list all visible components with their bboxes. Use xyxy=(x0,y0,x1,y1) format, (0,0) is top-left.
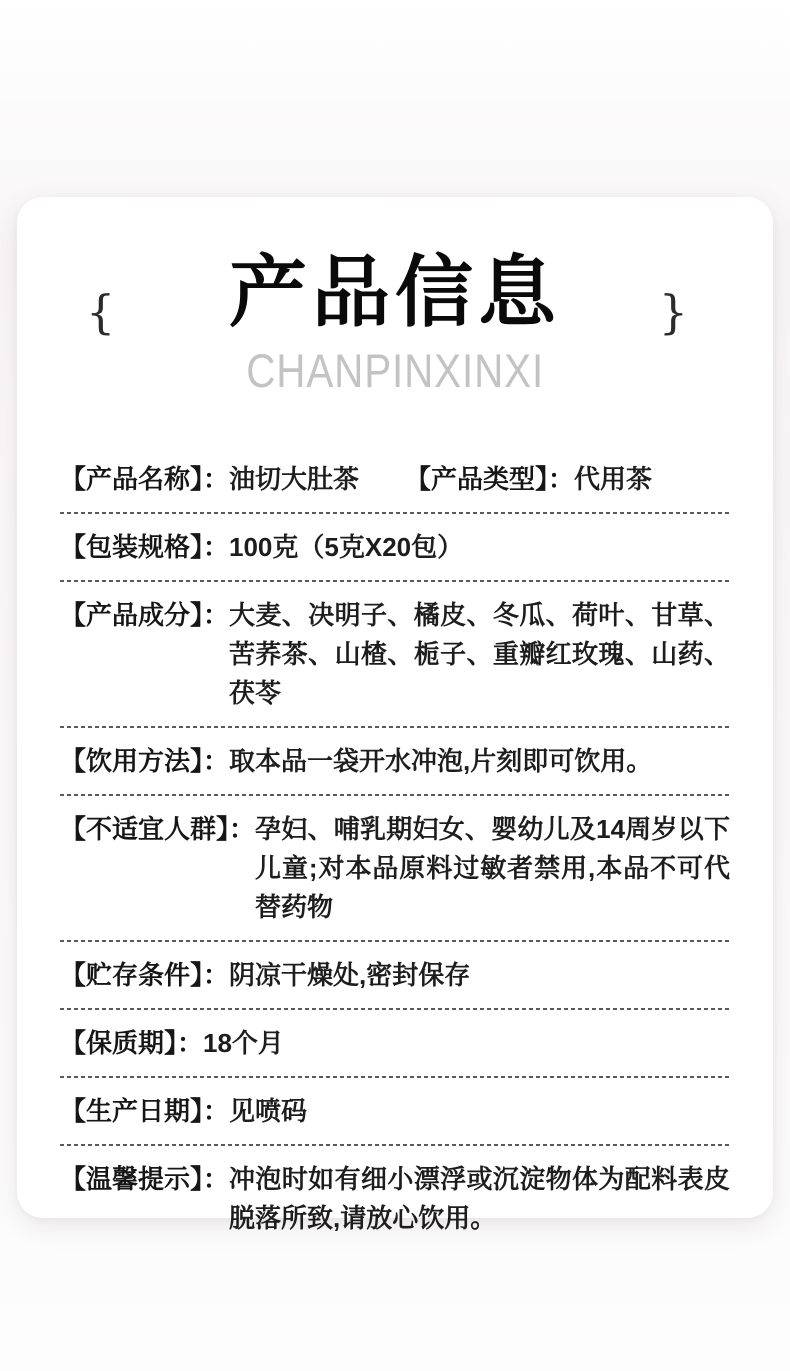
info-value: 100克（5克X20包） xyxy=(229,528,730,567)
info-row-product-name-type: 【产品名称】： 油切大肚茶 【产品类型】： 代用茶 xyxy=(60,446,730,514)
info-row-storage-conditions: 【贮存条件】： 阴凉干燥处,密封保存 xyxy=(60,942,730,1010)
info-value: 阴凉干燥处,密封保存 xyxy=(229,956,730,995)
info-row-shelf-life: 【保质期】： 18个月 xyxy=(60,1010,730,1078)
page-subtitle: CHANPINXINXI xyxy=(246,347,544,394)
info-label: 【温馨提示】： xyxy=(60,1160,229,1199)
page-subtitle-wrap: CHANPINXINXI xyxy=(60,331,730,394)
info-value: 孕妇、哺乳期妇女、婴幼儿及14周岁以下儿童;对本品原料过敏者禁用,本品不可代替药… xyxy=(255,810,730,927)
info-value: 油切大肚茶 xyxy=(229,460,359,499)
info-label: 【保质期】： xyxy=(60,1024,203,1063)
info-value: 取本品一袋开水冲泡,片刻即可饮用。 xyxy=(229,742,730,781)
info-label: 【饮用方法】： xyxy=(60,742,229,781)
info-value: 大麦、决明子、橘皮、冬瓜、荷叶、甘草、苦荞茶、山楂、栀子、重瓣红玫瑰、山药、茯苓 xyxy=(229,596,730,713)
info-row-usage-method: 【饮用方法】： 取本品一袋开水冲泡,片刻即可饮用。 xyxy=(60,728,730,796)
info-row-package-spec: 【包装规格】： 100克（5克X20包） xyxy=(60,514,730,582)
product-type-pair: 【产品类型】： 代用茶 xyxy=(405,460,652,499)
info-row-ingredients: 【产品成分】： 大麦、决明子、橘皮、冬瓜、荷叶、甘草、苦荞茶、山楂、栀子、重瓣红… xyxy=(60,582,730,728)
info-value: 代用茶 xyxy=(574,460,652,499)
info-label: 【产品类型】： xyxy=(405,460,574,499)
info-row-unsuitable-groups: 【不适宜人群】： 孕妇、哺乳期妇女、婴幼儿及14周岁以下儿童;对本品原料过敏者禁… xyxy=(60,796,730,942)
info-label: 【不适宜人群】： xyxy=(60,810,255,849)
info-rows: 【产品名称】： 油切大肚茶 【产品类型】： 代用茶 【包装规格】： 100克（5… xyxy=(60,446,730,1253)
page-title: 产品信息 xyxy=(60,253,730,331)
product-name-pair: 【产品名称】： 油切大肚茶 xyxy=(60,460,359,499)
info-label: 【产品成分】： xyxy=(60,596,229,635)
brace-left-icon: { xyxy=(86,289,115,335)
info-row-production-date: 【生产日期】： 见喷码 xyxy=(60,1078,730,1146)
info-value: 18个月 xyxy=(203,1024,730,1063)
header: { 产品信息 } CHANPINXINXI xyxy=(60,253,730,394)
info-label: 【生产日期】： xyxy=(60,1092,229,1131)
product-info-card: { 产品信息 } CHANPINXINXI 【产品名称】： 油切大肚茶 【产品类… xyxy=(17,197,773,1218)
info-label: 【产品名称】： xyxy=(60,460,229,499)
info-label: 【包装规格】： xyxy=(60,528,229,567)
brace-right-icon: } xyxy=(659,289,688,335)
info-row-warm-tips: 【温馨提示】： 冲泡时如有细小漂浮或沉淀物体为配料表皮脱落所致,请放心饮用。 xyxy=(60,1146,730,1253)
info-label: 【贮存条件】： xyxy=(60,956,229,995)
info-value: 见喷码 xyxy=(229,1092,730,1131)
info-value: 冲泡时如有细小漂浮或沉淀物体为配料表皮脱落所致,请放心饮用。 xyxy=(229,1160,730,1238)
